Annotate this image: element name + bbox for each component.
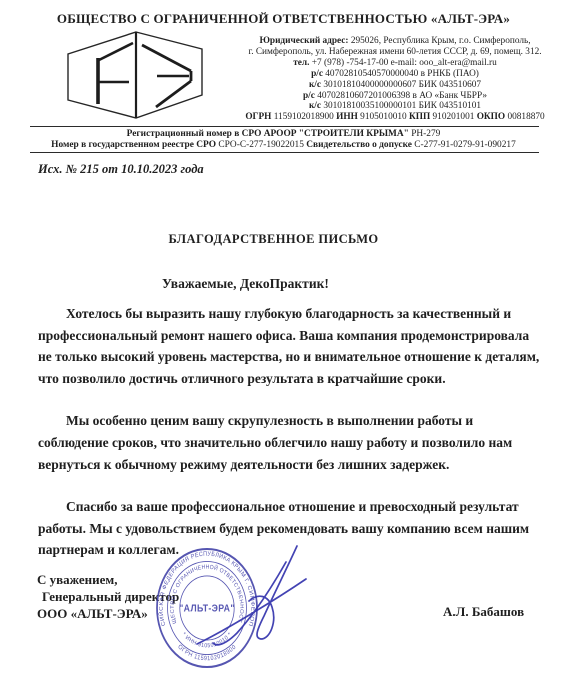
contact-line-address: Юридический адрес: 295026, Республика Кр… — [228, 36, 562, 47]
stamp-center-text: "АЛЬТ-ЭРА" — [179, 603, 235, 615]
stamp-rings: РОССИЙСКАЯ ФЕДЕРАЦИЯ РЕСПУБЛИКА КРЫМ Г. … — [157, 549, 257, 667]
signee-name: А.Л. Бабашов — [443, 604, 524, 620]
letter-page: ОБЩЕСТВО С ОГРАНИЧЕННОЙ ОТВЕТСТВЕННОСТЬЮ… — [0, 0, 567, 689]
contact-line-phone-email: тел. +7 (978) -754-17-00 e-mail: ooo_alt… — [228, 58, 562, 69]
address-value: 295026, Республика Крым, г.о. Симферопол… — [351, 36, 531, 46]
company-title: ОБЩЕСТВО С ОГРАНИЧЕННОЙ ОТВЕТСТВЕННОСТЬЮ… — [0, 11, 567, 27]
registration-line-2: Номер в государственном реестре СРО СРО-… — [0, 140, 567, 151]
outgoing-reference: Исх. № 215 от 10.10.2023 года — [38, 162, 204, 177]
paragraph-2: Мы особенно ценим вашу скрупулезность в … — [38, 410, 543, 475]
registration-block: Регистрационный номер в СРО АРООР "СТРОИ… — [0, 129, 567, 152]
alt-era-logo-icon — [58, 30, 208, 124]
contact-line-account2: р/с 40702810607201006398 в АО «Банк ЧБРР… — [228, 91, 562, 102]
contact-line-codes: ОГРН 1159102018900 ИНН 9105010010 КПП 91… — [228, 112, 562, 123]
email-value: ooo_alt-era@mail.ru — [419, 58, 497, 68]
contact-line-address2: г. Симферополь, ул. Набережная имени 60-… — [228, 47, 562, 58]
paragraph-1: Хотелось бы выразить нашу глубокую благо… — [38, 303, 543, 389]
contact-line-corr2: к/с 30101810035100000101 БИК 043510101 — [228, 101, 562, 112]
contact-block: Юридический адрес: 295026, Республика Кр… — [228, 36, 562, 123]
contact-line-account1: р/с 40702810540570000040 в РНКБ (ПАО) — [228, 69, 562, 80]
letter-title: БЛАГОДАРСТВЕННОЕ ПИСЬМО — [0, 232, 547, 247]
company-stamp: РОССИЙСКАЯ ФЕДЕРАЦИЯ РЕСПУБЛИКА КРЫМ Г. … — [140, 538, 335, 686]
contact-line-corr1: к/с 30101810400000000607 БИК 043510607 — [228, 80, 562, 91]
address-label: Юридический адрес: — [259, 36, 348, 46]
email-label: e-mail: — [391, 58, 417, 68]
registration-line-1: Регистрационный номер в СРО АРООР "СТРОИ… — [0, 129, 567, 140]
phone-value: +7 (978) -754-17-00 — [312, 58, 389, 68]
header-divider-bottom — [30, 152, 539, 153]
phone-label: тел. — [293, 58, 309, 68]
header-divider-top — [30, 126, 539, 127]
greeting: Уважаемые, ДекоПрактик! — [162, 276, 329, 292]
